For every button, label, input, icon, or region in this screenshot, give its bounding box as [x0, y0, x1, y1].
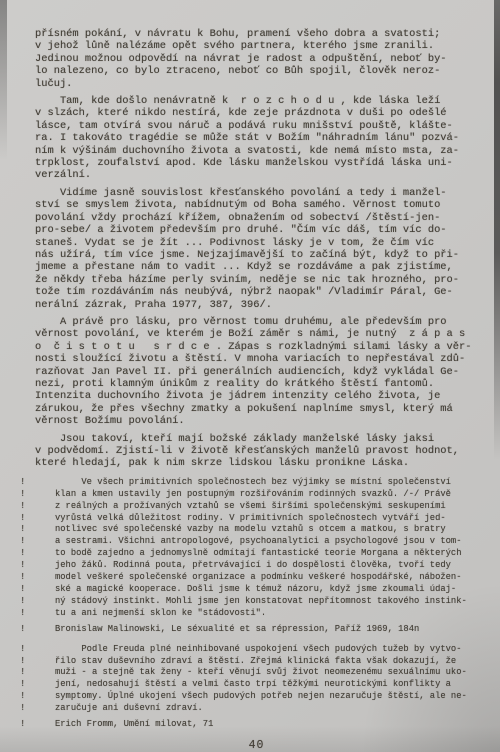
text-line: nerální zázrak, Praha 1977, 387, 396/. — [35, 299, 478, 311]
scan-edge-shadow-left — [0, 0, 7, 160]
quote-row: !symptomy. Úplné ukojení všech pudových … — [20, 691, 478, 703]
quote-row: !model veškeré společenské organizace a … — [20, 572, 478, 584]
text-line: A právě pro lásku, pro věrnost tomu druh… — [35, 316, 478, 328]
quote-line: Ve všech primitivních společnostech bez … — [55, 477, 451, 489]
citation-row: !Erich Fromm, Umění milovat, 71 — [20, 719, 478, 731]
quote-section: ! Ve všech primitivních společnostech be… — [35, 477, 478, 731]
margin-mark: ! — [20, 513, 55, 525]
quote-line: Podle Freuda plné neinhibované uspokojen… — [55, 644, 461, 656]
quote-line: symptomy. Úplné ukojení všech pudových p… — [55, 691, 467, 703]
main-text: přísném pokání, v návratu k Bohu, pramen… — [35, 28, 478, 470]
quote-row: !řilo stav duševního zdraví a štěstí. Zř… — [20, 656, 478, 668]
quote-line: klan a kmen ustavily jen postupným rozši… — [55, 489, 451, 501]
quote-row: ! Ve všech primitivních společnostech be… — [20, 477, 478, 489]
scanned-page: přísném pokání, v návratu k Bohu, pramen… — [0, 0, 500, 752]
quote-row: ! Podle Freuda plné neinhibované uspokoj… — [20, 644, 478, 656]
text-line: věrnost Božímu povolání. — [35, 415, 478, 427]
text-line: staneš. Vydat se je žít ... Podivnost lá… — [35, 237, 478, 249]
text-line: nezi, proti klamným únikům z reality do … — [35, 378, 478, 390]
quote-line: zaručuje ani duševní zdraví. — [55, 703, 203, 715]
citation-row: !Bronislaw Malinowski, Le séxualité et s… — [20, 624, 478, 636]
margin-mark: ! — [20, 536, 55, 548]
paragraph: přísném pokání, v návratu k Bohu, pramen… — [35, 28, 478, 90]
quote-line: to bodě zajedno a jednomyslně odmítají f… — [55, 548, 461, 560]
text-line: pro-sebe/ a životem především pro druhé.… — [35, 224, 478, 236]
quote-row: !to bodě zajedno a jednomyslně odmítají … — [20, 548, 478, 560]
quote-block: ! Podle Freuda plné neinhibované uspokoj… — [35, 644, 478, 731]
margin-mark: ! — [20, 667, 55, 679]
quote-line: tu a ani nejmenší sklon ke "stádovosti". — [55, 608, 266, 620]
text-line: ním k výšinám duchovního života a svatos… — [35, 145, 478, 157]
text-line: které hledají, pak k nim skrze lidskou l… — [35, 457, 478, 469]
text-line: zárukou, že přes všechny zmatky a pokuše… — [35, 403, 478, 415]
quote-row: !vyrůstá velká důležitost rodiny. V prim… — [20, 513, 478, 525]
quote-row: !jení, nedosahují štěstí a velmi často t… — [20, 679, 478, 691]
margin-mark: ! — [20, 596, 55, 608]
text-line: přísném pokání, v návratu k Bohu, pramen… — [35, 28, 478, 40]
text-line: v slzách, které nikdo nestírá, kde zeje … — [35, 107, 478, 119]
text-line: Vidíme jasně souvislost křesťanského pov… — [35, 187, 478, 199]
page-number: 40 — [35, 739, 478, 752]
quote-line: řilo stav duševního zdraví a štěstí. Zře… — [55, 656, 456, 668]
text-line: lásce, tam otvírá svou náruč a podává ru… — [35, 120, 478, 132]
quote-row: !ské a magické kooperace. Došli jsme k t… — [20, 584, 478, 596]
text-line: v jehož lůně nalézáme opět svého partner… — [35, 40, 478, 52]
text-line: nás užírá, tím více jsme. Nejzajímavější… — [35, 249, 478, 261]
margin-mark: ! — [20, 679, 55, 691]
quote-line: ské a magické kooperace. Došli jsme k té… — [55, 584, 456, 596]
margin-mark: ! — [20, 489, 55, 501]
text-line: ství se smyslem života, nabídnutým od Bo… — [35, 199, 478, 211]
quote-line: a sestrami. Všichni antropologové, psych… — [55, 536, 461, 548]
text-line: věrnost povolání, ve kterém je Boží zámě… — [35, 328, 478, 340]
citation-text: Erich Fromm, Umění milovat, 71 — [55, 719, 213, 731]
quote-row: !ný stádový instinkt. Mohli jsme jen kon… — [20, 596, 478, 608]
text-line: Jedinou možnou odpovědí na návrat je rad… — [35, 53, 478, 65]
text-line: Intenzita duchovního života je jádrem in… — [35, 390, 478, 402]
quote-row: !klan a kmen ustavily jen postupným rozš… — [20, 489, 478, 501]
text-line: nosti sloužící životu a štěstí. V mnoha … — [35, 353, 478, 365]
quote-row: !muži - a stejně tak ženy - kteří věnují… — [20, 667, 478, 679]
margin-mark: ! — [20, 624, 55, 636]
quote-row: !a sestrami. Všichni antropologové, psyc… — [20, 536, 478, 548]
margin-mark: ! — [20, 644, 55, 656]
quote-line: jení, nedosahují štěstí a velmi často tr… — [55, 679, 451, 691]
paragraph: Vidíme jasně souvislost křesťanského pov… — [35, 187, 478, 311]
margin-mark: ! — [20, 656, 55, 668]
text-line: Jsou takoví, kteří mají božské základy m… — [35, 433, 478, 445]
quote-row: !zaručuje ani duševní zdraví. — [20, 703, 478, 715]
margin-mark: ! — [20, 703, 55, 715]
text-line: verzální. — [35, 169, 478, 181]
margin-mark: ! — [20, 501, 55, 513]
text-line: lo nalezeno, co bylo ztraceno, neboť co … — [35, 65, 478, 77]
text-line: tože tím rozdáváním nás neubývá, nýbrž n… — [35, 286, 478, 298]
margin-mark: ! — [20, 572, 55, 584]
margin-mark: ! — [20, 584, 55, 596]
paragraph: Tam, kde došlo nenávratně k r o z c h o … — [35, 95, 478, 182]
quote-line: notlivec své společenské vazby na modelu… — [55, 524, 446, 536]
margin-mark: ! — [20, 608, 55, 620]
page-content: přísném pokání, v návratu k Bohu, pramen… — [35, 28, 478, 752]
quote-line: vyrůstá velká důležitost rodiny. V primi… — [55, 513, 446, 525]
quote-line: muži - a stejně tak ženy - kteří věnují … — [55, 667, 467, 679]
quote-row: !notlivec své společenské vazby na model… — [20, 524, 478, 536]
text-line: lučuj. — [35, 78, 478, 90]
quote-line: ný stádový instinkt. Mohli jsme jen kons… — [55, 596, 467, 608]
paragraph: A právě pro lásku, pro věrnost tomu druh… — [35, 316, 478, 428]
quote-line: jeho žáků. Rodinná pouta, přetrvávající … — [55, 560, 451, 572]
text-line: trpklost, zoufalství apod. Kde lásku man… — [35, 157, 478, 169]
quote-row: !jeho žáků. Rodinná pouta, přetrvávající… — [20, 560, 478, 572]
text-line: ra. I takováto tragédie se může stát v B… — [35, 132, 478, 144]
quote-line: model veškeré společenské organizace a p… — [55, 572, 461, 584]
margin-mark: ! — [20, 477, 55, 489]
margin-mark: ! — [20, 548, 55, 560]
text-line: jmeme a přestane nám to vadit ... Když s… — [35, 261, 478, 273]
quote-row: !z reálných a prožívaných vztahů se všem… — [20, 501, 478, 513]
scan-edge-shadow-right — [494, 0, 500, 460]
paragraph: Jsou takoví, kteří mají božské základy m… — [35, 433, 478, 470]
margin-mark: ! — [20, 560, 55, 572]
citation-text: Bronislaw Malinowski, Le séxualité et sa… — [55, 624, 419, 636]
margin-mark: ! — [20, 524, 55, 536]
text-line: razňovat Jan Pavel II. při generálních a… — [35, 366, 478, 378]
quote-line: z reálných a prožívaných vztahů se všemi… — [55, 501, 446, 513]
text-line: povolání vždy prochází křížem, obnažením… — [35, 212, 478, 224]
margin-mark: ! — [20, 719, 55, 731]
margin-mark: ! — [20, 691, 55, 703]
text-line: Tam, kde došlo nenávratně k r o z c h o … — [35, 95, 478, 107]
text-line: o č i s t o t u s r d c e . Zápas s rozk… — [35, 341, 478, 353]
quote-block: ! Ve všech primitivních společnostech be… — [35, 477, 478, 636]
text-line: že někdy třeba házíme perly sviním, nedě… — [35, 274, 478, 286]
quote-row: !tu a ani nejmenší sklon ke "stádovosti"… — [20, 608, 478, 620]
text-line: v podvědomí. Zjistí-li v životě křesťans… — [35, 445, 478, 457]
